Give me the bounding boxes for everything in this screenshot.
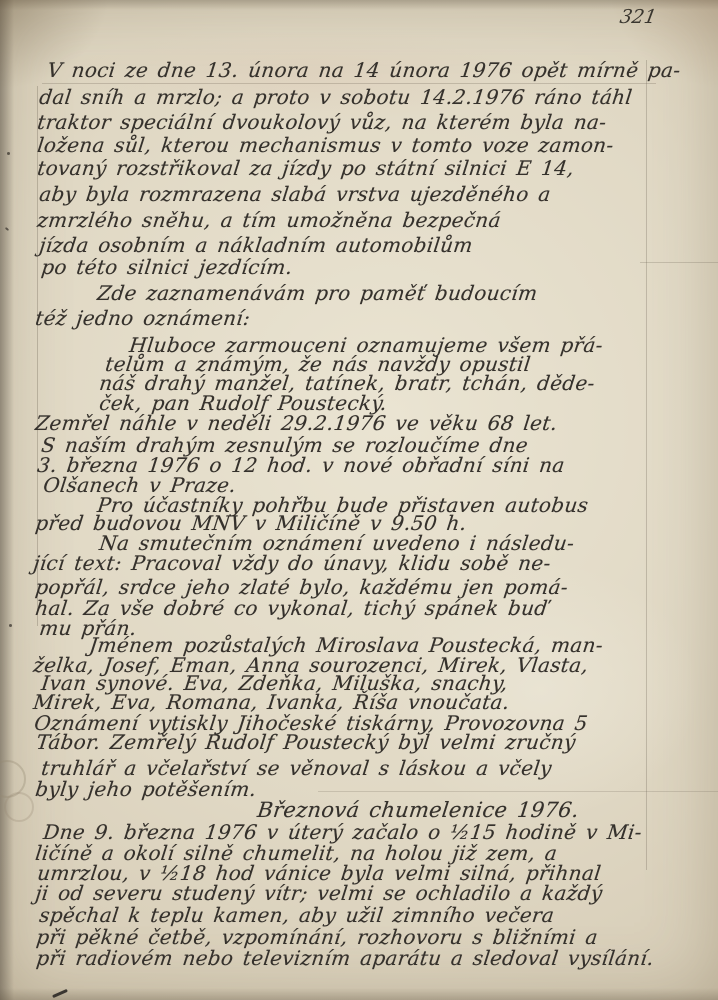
handwritten-line: jízda osobním a nákladním automobilům <box>38 233 474 257</box>
handwritten-line: aby byla rozmrazena slabá vrstva ujezděn… <box>38 182 552 206</box>
page-number: 321 <box>618 6 658 28</box>
handwritten-line: V noci ze dne 13. února na 14 února 1976… <box>46 58 682 82</box>
handwritten-line: Zde zaznamenávám pro paměť budoucím <box>96 281 539 305</box>
ink-speck <box>5 227 9 231</box>
guide-line-mid <box>640 262 718 263</box>
scan-edge-left <box>0 0 14 1000</box>
guide-line-lower <box>318 791 718 792</box>
scan-edge-top <box>0 0 718 10</box>
chronicle-page: 321 V noci ze dne 13. února na 14 února … <box>0 0 718 1000</box>
handwritten-line: tovaný rozstřikoval za jízdy po státní s… <box>36 156 575 180</box>
handwritten-line: Tábor. Zemřelý Rudolf Poustecký byl velm… <box>35 730 577 754</box>
handwritten-line: jící text: Pracoval vždy do únavy, klidu… <box>32 551 552 575</box>
handwritten-line: traktor speciální dvoukolový vůz, na kte… <box>36 110 608 134</box>
guide-line-top <box>42 83 656 84</box>
handwritten-line: po této silnici jezdícím. <box>40 255 294 279</box>
handwritten-line: ložena sůl, kterou mechanismus v tomto v… <box>36 133 615 157</box>
handwritten-line: dal sníh a mrzlo; a proto v sobotu 14.2.… <box>38 85 634 109</box>
section-heading: Březnová chumelenice 1976. <box>256 798 580 822</box>
ink-speck <box>9 624 12 627</box>
margin-line-right <box>646 60 647 870</box>
handwritten-line: Zemřel náhle v neděli 29.2.1976 ve věku … <box>34 411 559 435</box>
ink-speck <box>7 152 10 155</box>
handwritten-line: při radiovém nebo televizním aparátu a s… <box>35 946 655 970</box>
watermark-circle <box>0 760 26 798</box>
handwritten-line: ji od severu studený vítr; velmi se ochl… <box>34 881 604 905</box>
cut-off-line-fragment <box>52 989 68 998</box>
scan-edge-bottom <box>0 988 718 1000</box>
handwritten-line: též jedno oznámení: <box>34 306 252 330</box>
handwritten-line: byly jeho potěšením. <box>34 777 258 801</box>
handwritten-line: zmrzlého sněhu, a tím umožněna bezpečná <box>36 208 502 232</box>
watermark-circle <box>4 792 34 822</box>
handwritten-line: spěchal k teplu kamen, aby užil zimního … <box>38 903 556 927</box>
